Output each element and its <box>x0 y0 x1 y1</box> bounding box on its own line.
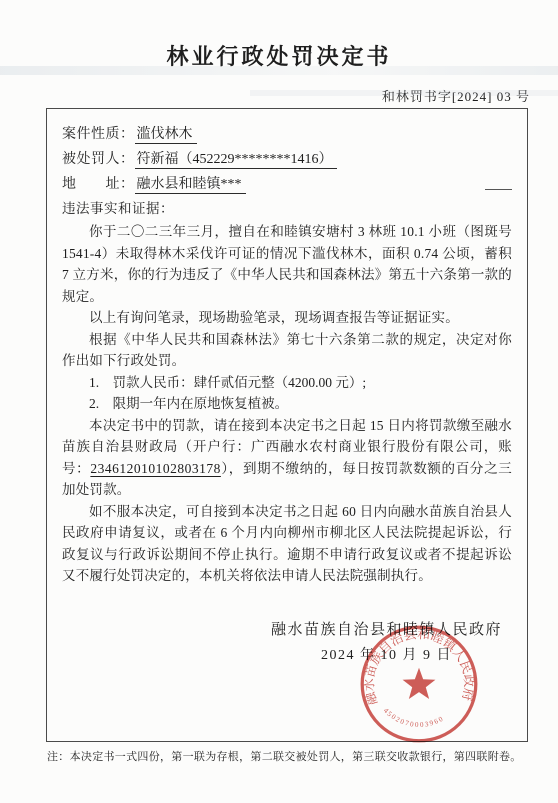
field-punished-person: 被处罚人：符新福（452229********1416） <box>62 147 512 172</box>
field-label: 地 址： <box>62 177 135 192</box>
field-case-nature: 案件性质：滥伐林木 <box>62 122 512 147</box>
field-value: 融水县和睦镇*** <box>135 177 246 194</box>
penalty-item-2: 2. 限期一年内在原地恢复植被。 <box>62 393 512 415</box>
bank-account-number: 234612010102803178 <box>90 461 221 476</box>
penalty-item-1: 1. 罚款人民币：肆仟贰佰元整（4200.00 元）; <box>62 372 512 394</box>
facts-heading: 违法事实和证据： <box>62 197 512 221</box>
appeal-paragraph: 如不服本决定，可自接到本决定书之日起 60 日内向融水苗族自治县人民政府申请复议… <box>62 501 512 587</box>
field-label: 被处罚人： <box>62 152 135 167</box>
facts-paragraph-1: 你于二〇二三年三月，擅自在和睦镇安塘村 3 林班 10.1 小班（图斑号 154… <box>62 221 512 307</box>
payment-paragraph: 本决定书中的罚款，请在接到本决定书之日起 15 日内将罚款缴至融水苗族自治县财政… <box>62 415 512 501</box>
issuing-agency: 融水苗族自治县和睦镇人民政府 <box>271 617 502 643</box>
field-address: 地 址：融水县和睦镇*** <box>62 172 512 197</box>
field-value: 符新福（452229********1416） <box>135 152 337 169</box>
facts-paragraph-3: 根据《中华人民共和国森林法》第七十六条第二款的规定，决定对你作出如下行政处罚。 <box>62 329 512 372</box>
signature-block: 融水苗族自治县和睦镇人民政府 2024 年 10 月 9 日 <box>62 617 512 669</box>
facts-paragraph-2: 以上有询问笔录，现场勘验笔录，现场调查报告等证据证实。 <box>62 307 512 329</box>
document-title: 林业行政处罚决定书 <box>0 40 558 71</box>
field-label: 案件性质： <box>62 127 135 142</box>
document-number: 和林罚书字[2024] 03 号 <box>0 86 558 105</box>
field-value: 滥伐林木 <box>135 127 197 144</box>
document-body-box: 案件性质：滥伐林木 被处罚人：符新福（452229********1416） 地… <box>46 108 528 742</box>
seal-star-icon <box>403 668 436 699</box>
seal-code: 4502070003960 <box>382 707 446 729</box>
handwritten-dash <box>485 189 512 190</box>
copies-footnote: 注：本决定书一式四份，第一联为存根，第二联交被处罚人，第三联交收款银行，第四联附… <box>47 750 537 765</box>
issue-date: 2024 年 10 月 9 日 <box>271 643 502 669</box>
